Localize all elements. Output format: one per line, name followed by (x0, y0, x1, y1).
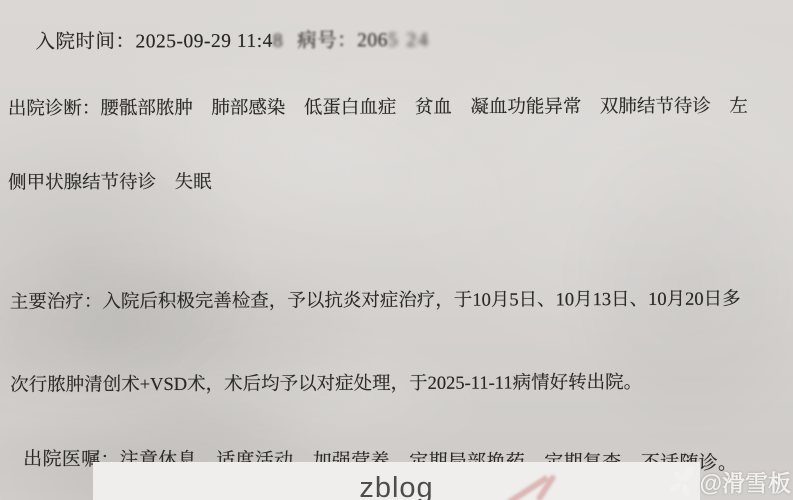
leaf-sprig-icon (668, 465, 698, 499)
treatment-line-2: 次行脓肿清创术+VSD术，术后均予以对症处理，于2025-11-11病情好转出院… (10, 369, 788, 400)
main-treatment: 主要治疗：入院后积极完善检查，予以抗炎对症治疗，于10月5日、10月13日、10… (10, 231, 789, 454)
diagnosis-line-1: 出院诊断：腰骶部脓肿 肺部感染 低蛋白血症 贫血 凝血功能异常 双肺结节待诊 左 (8, 95, 786, 122)
discharge-diagnosis: 出院诊断：腰骶部脓肿 肺部感染 低蛋白血症 贫血 凝血功能异常 双肺结节待诊 左… (8, 46, 787, 245)
diagnosis-line-2: 侧甲状腺结节待诊 失眠 (8, 168, 786, 195)
treatment-line-1: 主要治疗：入院后积极完善检查，予以抗炎对症治疗，于10月5日、10月13日、10… (10, 286, 788, 317)
author-watermark: @滑雪板 (668, 463, 791, 500)
discharge-record-photo: 入院时间：2025-09-29 11:48病号：2065 24 出院诊断：腰骶部… (0, 0, 793, 500)
footer-overlay-bar: zblog (93, 462, 700, 500)
author-watermark-text: @滑雪板 (700, 465, 791, 498)
site-watermark: zblog (359, 474, 433, 500)
